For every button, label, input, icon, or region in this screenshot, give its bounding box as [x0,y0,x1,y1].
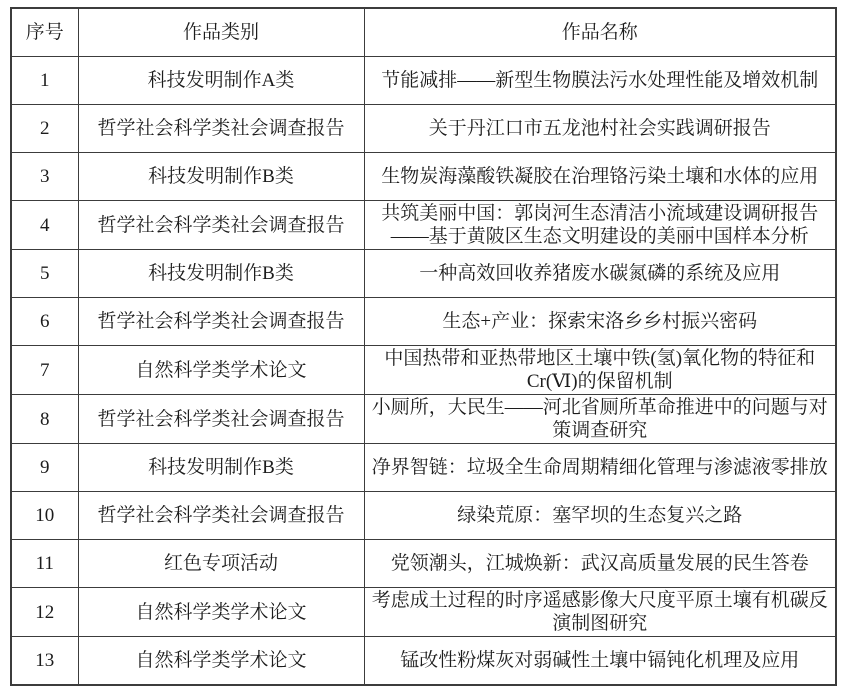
serial-cell: 9 [11,444,78,492]
header-cell-no: 序号 [11,8,78,57]
serial-cell: 6 [11,298,78,346]
serial-cell: 10 [11,492,78,540]
title-cell: 锰改性粉煤灰对弱碱性土壤中镉钝化机理及应用 [364,637,836,682]
category-cell: 红色专项活动 [78,540,364,588]
category-cell: 科技发明制作A类 [78,57,364,105]
serial-cell: 2 [11,105,78,153]
title-cell: 生态+产业：探索宋洛乡乡村振兴密码 [364,298,836,346]
table-row: 13 自然科学类学术论文 锰改性粉煤灰对弱碱性土壤中镉钝化机理及应用 [11,637,836,682]
title-cell: 节能减排——新型生物膜法污水处理性能及增效机制 [364,57,836,105]
category-cell: 自然科学类学术论文 [78,346,364,395]
title-cell: 绿染荒原：塞罕坝的生态复兴之路 [364,492,836,540]
header-cell-category: 作品类别 [78,8,364,57]
table-row: 5 科技发明制作B类 一种高效回收养猪废水碳氮磷的系统及应用 [11,250,836,298]
category-cell: 自然科学类学术论文 [78,637,364,682]
category-cell: 哲学社会科学类社会调查报告 [78,298,364,346]
serial-cell: 12 [11,588,78,637]
serial-cell: 5 [11,250,78,298]
title-cell: 净界智链：垃圾全生命周期精细化管理与渗滤液零排放 [364,444,836,492]
title-cell: 关于丹江口市五龙池村社会实践调研报告 [364,105,836,153]
serial-cell: 7 [11,346,78,395]
category-cell: 科技发明制作B类 [78,153,364,201]
table-row: 7 自然科学类学术论文 中国热带和亚热带地区土壤中铁(氢)氧化物的特征和 Cr(… [11,346,836,395]
table-row: 10 哲学社会科学类社会调查报告 绿染荒原：塞罕坝的生态复兴之路 [11,492,836,540]
table-row: 11 红色专项活动 党领潮头，江城焕新：武汉高质量发展的民生答卷 [11,540,836,588]
serial-cell: 3 [11,153,78,201]
awards-table: 序号 作品类别 作品名称 1 科技发明制作A类 节能减排——新型生物膜法污水处理… [10,7,837,681]
header-row: 序号 作品类别 作品名称 [11,8,836,57]
table-row: 2 哲学社会科学类社会调查报告 关于丹江口市五龙池村社会实践调研报告 [11,105,836,153]
table-row: 3 科技发明制作B类 生物炭海藻酸铁凝胶在治理铬污染土壤和水体的应用 [11,153,836,201]
title-cell: 共筑美丽中国：郭岗河生态清洁小流域建设调研报告 ——基于黄陂区生态文明建设的美丽… [364,201,836,250]
table-row: 9 科技发明制作B类 净界智链：垃圾全生命周期精细化管理与渗滤液零排放 [11,444,836,492]
table-row: 6 哲学社会科学类社会调查报告 生态+产业：探索宋洛乡乡村振兴密码 [11,298,836,346]
serial-cell: 1 [11,57,78,105]
category-cell: 哲学社会科学类社会调查报告 [78,201,364,250]
serial-cell: 11 [11,540,78,588]
category-cell: 自然科学类学术论文 [78,588,364,637]
awards-table-container: 序号 作品类别 作品名称 1 科技发明制作A类 节能减排——新型生物膜法污水处理… [10,7,837,681]
title-cell: 中国热带和亚热带地区土壤中铁(氢)氧化物的特征和 Cr(Ⅵ)的保留机制 [364,346,836,395]
category-cell: 哲学社会科学类社会调查报告 [78,492,364,540]
title-cell: 考虑成土过程的时序遥感影像大尺度平原土壤有机碳反 演制图研究 [364,588,836,637]
title-cell: 小厕所，大民生——河北省厕所革命推进中的问题与对 策调查研究 [364,395,836,444]
title-cell: 生物炭海藻酸铁凝胶在治理铬污染土壤和水体的应用 [364,153,836,201]
table-row: 4 哲学社会科学类社会调查报告 共筑美丽中国：郭岗河生态清洁小流域建设调研报告 … [11,201,836,250]
title-cell: 一种高效回收养猪废水碳氮磷的系统及应用 [364,250,836,298]
table-row: 12 自然科学类学术论文 考虑成土过程的时序遥感影像大尺度平原土壤有机碳反 演制… [11,588,836,637]
serial-cell: 8 [11,395,78,444]
category-cell: 哲学社会科学类社会调查报告 [78,105,364,153]
category-cell: 哲学社会科学类社会调查报告 [78,395,364,444]
title-cell: 党领潮头，江城焕新：武汉高质量发展的民生答卷 [364,540,836,588]
category-cell: 科技发明制作B类 [78,444,364,492]
serial-cell: 13 [11,637,78,682]
table-row: 8 哲学社会科学类社会调查报告 小厕所，大民生——河北省厕所革命推进中的问题与对… [11,395,836,444]
category-cell: 科技发明制作B类 [78,250,364,298]
table-row: 1 科技发明制作A类 节能减排——新型生物膜法污水处理性能及增效机制 [11,57,836,105]
serial-cell: 4 [11,201,78,250]
header-cell-title: 作品名称 [364,8,836,57]
